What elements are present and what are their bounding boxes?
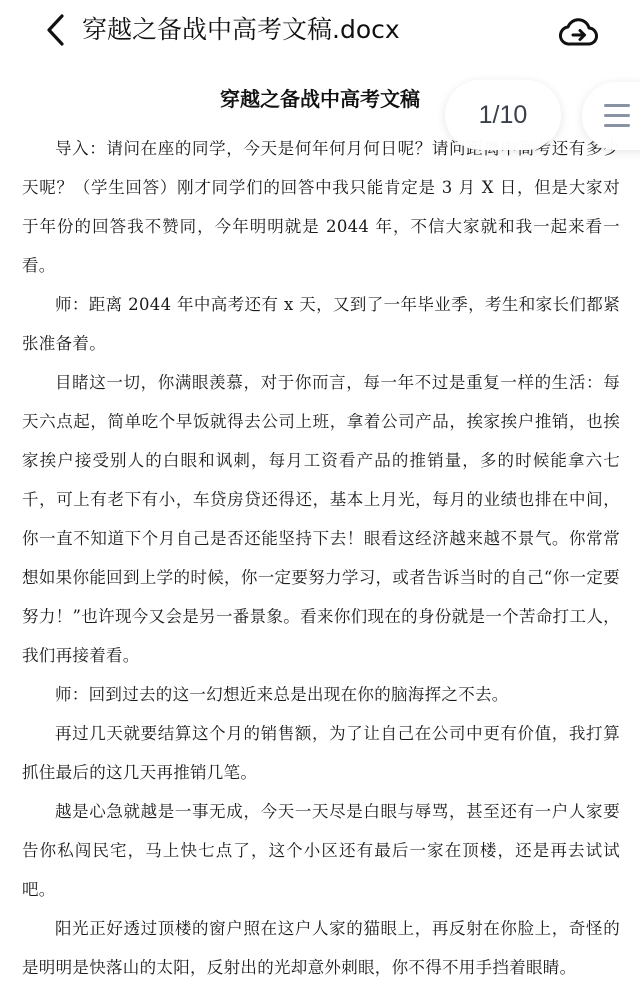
page-indicator[interactable]: 1/10 <box>445 80 561 150</box>
file-name-title: 穿越之备战中高考文稿.docx <box>82 12 400 48</box>
back-button[interactable] <box>40 12 70 48</box>
paragraph: 阳光正好透过顶楼的窗户照在这户人家的猫眼上，再反射在你脸上，奇怪的是明明是快落山… <box>22 909 620 987</box>
paragraph: 师：距离 2044 年中高考还有 x 天，又到了一年毕业季，考生和家长们都紧张准… <box>22 285 620 363</box>
cloud-save-button[interactable] <box>558 14 600 50</box>
paragraph: 目睹这一切，你满眼羡慕，对于你而言，每一年不过是重复一样的生活：每天六点起，简单… <box>22 363 620 675</box>
paragraph: 师：回到过去的这一幻想近来总是出现在你的脑海挥之不去。 <box>22 675 620 714</box>
app-header: 穿越之备战中高考文稿.docx <box>0 0 640 62</box>
hamburger-menu-icon <box>604 104 630 134</box>
document-page: 穿越之备战中高考文稿 导入：请问在座的同学，今天是何年何月何日呢？请问距离中高考… <box>0 62 640 991</box>
paragraph: 再过几天就要结算这个月的销售额，为了让自己在公司中更有价值，我打算抓住最后的这几… <box>22 714 620 792</box>
cloud-upload-icon <box>559 15 599 49</box>
paragraph: 导入：请问在座的同学，今天是何年何月何日呢？请问距离中高考还有多少天呢？（学生回… <box>22 129 620 285</box>
paragraph: 越是心急就越是一事无成，今天一天尽是白眼与辱骂，甚至还有一户人家要告你私闯民宅，… <box>22 792 620 909</box>
document-body: 导入：请问在座的同学，今天是何年何月何日呢？请问距离中高考还有多少天呢？（学生回… <box>22 129 620 987</box>
chevron-left-icon <box>44 13 66 47</box>
